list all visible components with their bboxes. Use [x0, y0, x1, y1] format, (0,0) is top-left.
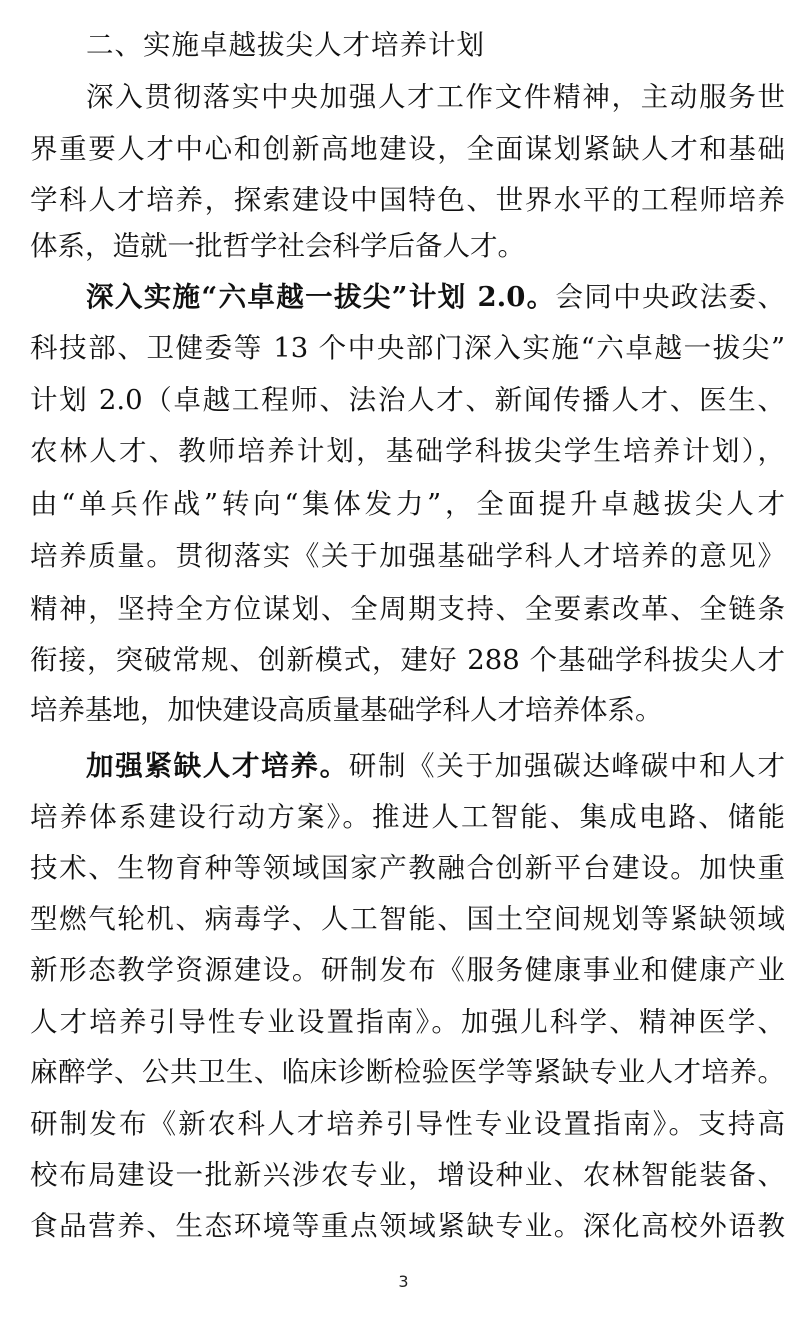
paragraph-1-line-1: 深入贯彻落实中央加强人才工作文件精神，主动服务世	[86, 71, 785, 123]
paragraph-3-line-2: 培养体系建设行动方案》。推进人工智能、集成电路、储能	[30, 791, 785, 843]
paragraph-2-line-1: 深入实施“六卓越一拔尖”计划 2.0。会同中央政法委、	[86, 271, 785, 323]
paragraph-1-line-3: 学科人才培养，探索建设中国特色、世界水平的工程师培养	[30, 174, 785, 226]
document-page: 二、实施卓越拔尖人才培养计划 深入贯彻落实中央加强人才工作文件精神，主动服务世 …	[0, 0, 807, 1329]
paragraph-3-line-9: 校布局建设一批新兴涉农专业，增设种业、农林智能装备、	[30, 1149, 785, 1201]
paragraph-2-line-7: 精神，坚持全方位谋划、全周期支持、全要素改革、全链条	[30, 583, 785, 635]
paragraph-3-first-line-rest: 研制《关于加强碳达峰碳中和人才	[349, 750, 785, 782]
paragraph-2-first-line-rest: 会同中央政法委、	[556, 281, 785, 313]
paragraph-3-line-5: 新形态教学资源建设。研制发布《服务健康事业和健康产业	[30, 944, 785, 996]
paragraph-3-line-10: 食品营养、生态环境等重点领域紧缺专业。深化高校外语教	[30, 1200, 785, 1252]
paragraph-2-line-6: 培养质量。贯彻落实《关于加强基础学科人才培养的意见》	[30, 530, 785, 582]
paragraph-2-line-4: 农林人才、教师培养计划，基础学科拔尖学生培养计划），	[30, 425, 785, 477]
paragraph-3-line-8: 研制发布《新农科人才培养引导性专业设置指南》。支持高	[30, 1098, 785, 1150]
page-number: 3	[0, 1272, 807, 1291]
paragraph-3-lead-bold: 加强紧缺人才培养。	[86, 750, 349, 782]
paragraph-3-line-1: 加强紧缺人才培养。研制《关于加强碳达峰碳中和人才	[86, 740, 785, 792]
paragraph-1-line-2: 界重要人才中心和创新高地建设，全面谋划紧缺人才和基础	[30, 123, 785, 175]
paragraph-2-line-2: 科技部、卫健委等 13 个中央部门深入实施“六卓越一拔尖”	[30, 322, 785, 374]
section-heading: 二、实施卓越拔尖人才培养计划	[86, 19, 785, 71]
paragraph-3-line-4: 型燃气轮机、病毒学、人工智能、国土空间规划等紧缺领域	[30, 893, 785, 945]
paragraph-3-line-6: 人才培养引导性专业设置指南》。加强儿科学、精神医学、	[30, 996, 785, 1048]
paragraph-2-line-8: 衔接，突破常规、创新模式，建好 288 个基础学科拔尖人才	[30, 634, 785, 686]
paragraph-3-line-7: 麻醉学、公共卫生、临床诊断检验医学等紧缺专业人才培养。	[30, 1046, 785, 1098]
paragraph-2-line-3: 计划 2.0（卓越工程师、法治人才、新闻传播人才、医生、	[30, 374, 785, 426]
paragraph-2-line-9: 培养基地，加快建设高质量基础学科人才培养体系。	[30, 684, 785, 736]
paragraph-2-line-5: 由“单兵作战”转向“集体发力”，全面提升卓越拔尖人才	[30, 478, 785, 530]
paragraph-3-line-3: 技术、生物育种等领域国家产教融合创新平台建设。加快重	[30, 842, 785, 894]
paragraph-2-lead-bold: 深入实施“六卓越一拔尖”计划 2.0。	[86, 281, 556, 313]
paragraph-1-line-4: 体系，造就一批哲学社会科学后备人才。	[30, 220, 785, 272]
